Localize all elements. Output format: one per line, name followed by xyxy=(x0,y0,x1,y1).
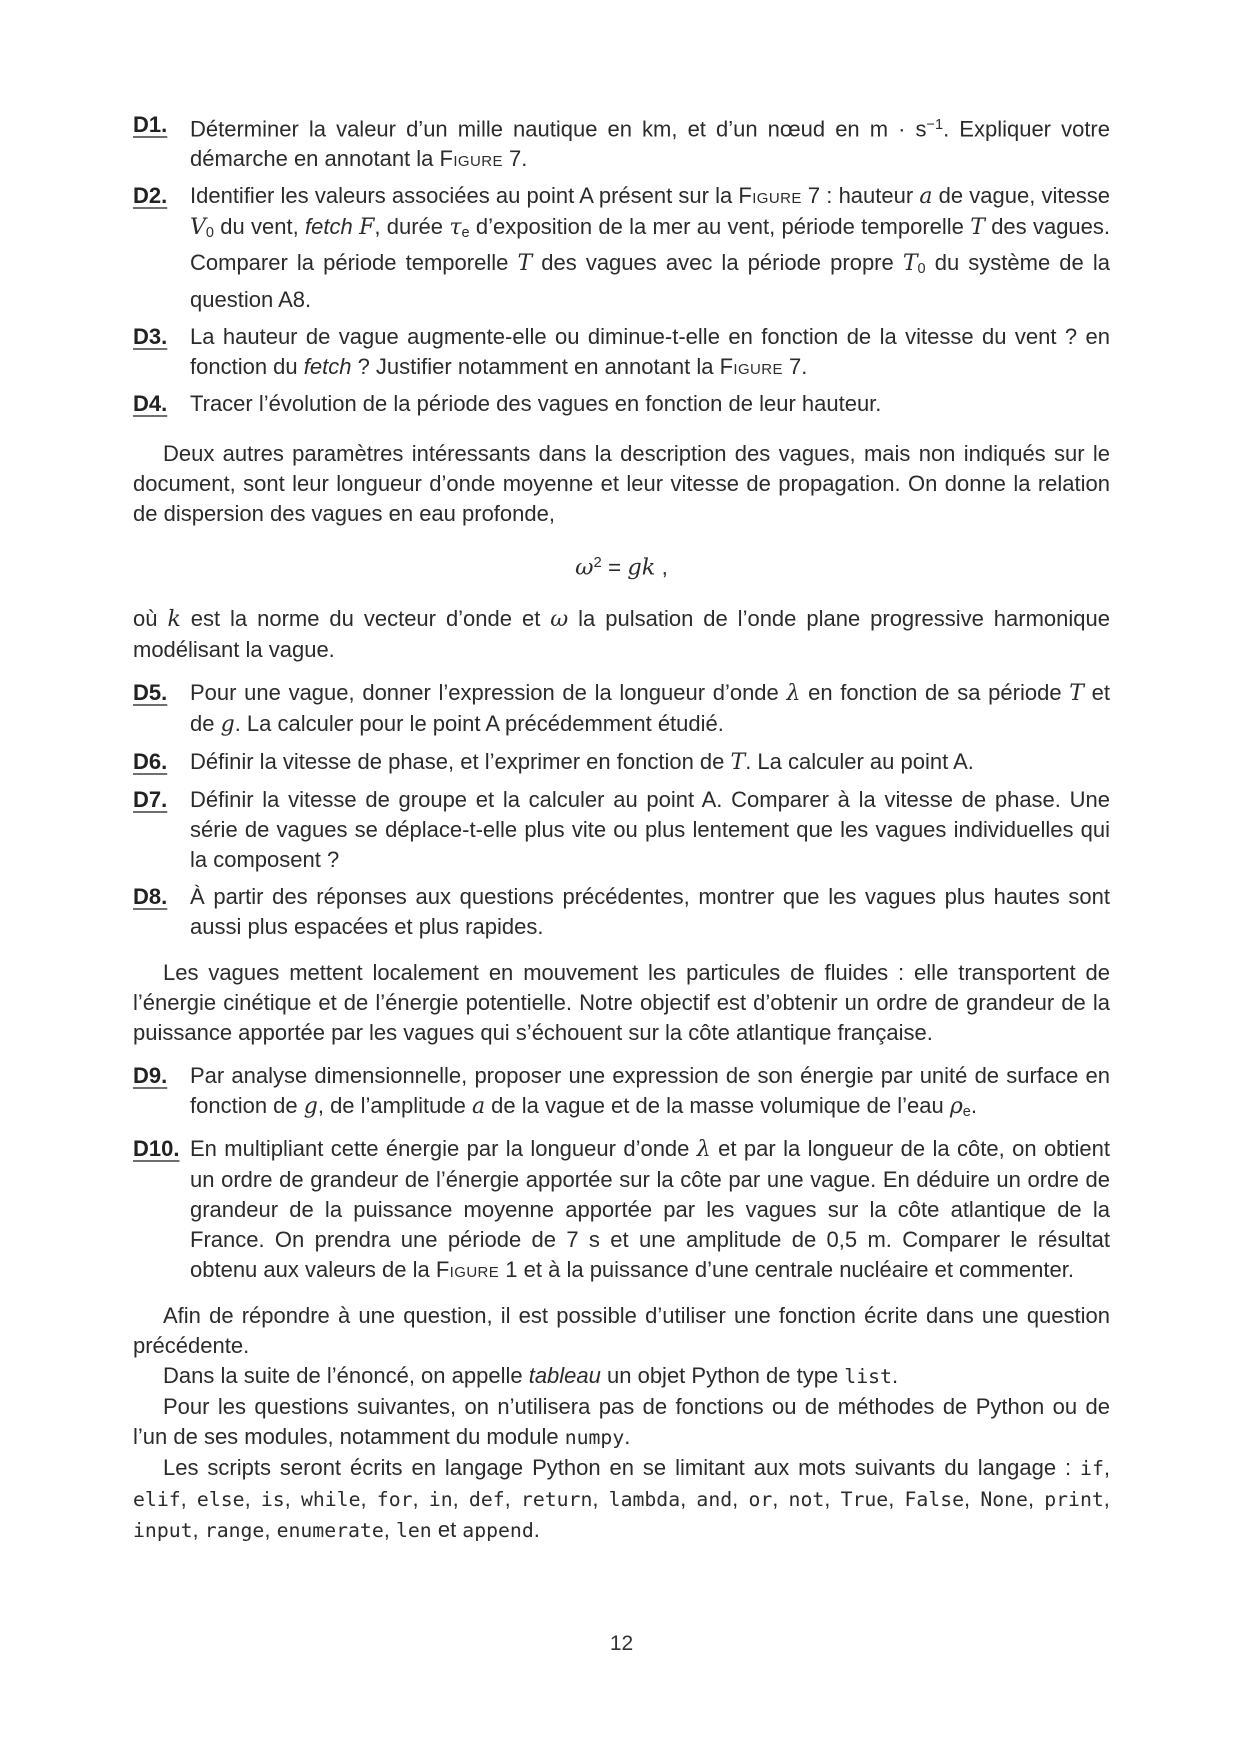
page-number: 12 xyxy=(133,1632,1110,1656)
page-content: D1. Déterminer la valeur d’un mille naut… xyxy=(133,110,1110,1546)
question-d4-label: D4. xyxy=(133,389,190,419)
question-d2: D2. Identifier les valeurs associées au … xyxy=(133,181,1110,314)
document-page: D1. Déterminer la valeur d’un mille naut… xyxy=(0,0,1240,1754)
question-d5-label: D5. xyxy=(133,678,190,740)
question-d2-label: D2. xyxy=(133,181,190,314)
question-d3-label: D3. xyxy=(133,322,190,382)
paragraph-dispersion-intro: Deux autres paramètres intéressants dans… xyxy=(133,439,1110,529)
question-d1-text: Déterminer la valeur d’un mille nautique… xyxy=(190,110,1110,174)
question-d7: D7. Définir la vitesse de groupe et la c… xyxy=(133,785,1110,875)
question-d6-label: D6. xyxy=(133,747,190,778)
question-d7-label: D7. xyxy=(133,785,190,875)
question-d9-text: Par analyse dimensionnelle, proposer une… xyxy=(190,1061,1110,1127)
question-d5-text: Pour une vague, donner l’expression de l… xyxy=(190,678,1110,740)
question-d1: D1. Déterminer la valeur d’un mille naut… xyxy=(133,110,1110,174)
question-d2-text: Identifier les valeurs associées au poin… xyxy=(190,181,1110,314)
question-d8-text: À partir des réponses aux questions préc… xyxy=(190,882,1110,942)
question-d3: D3. La hauteur de vague augmente-elle ou… xyxy=(133,322,1110,382)
question-d5: D5. Pour une vague, donner l’expression … xyxy=(133,678,1110,740)
question-d8-label: D8. xyxy=(133,882,190,942)
question-d10-label: D10. xyxy=(133,1134,190,1285)
question-d9-label: D9. xyxy=(133,1061,190,1127)
question-d4: D4. Tracer l’évolution de la période des… xyxy=(133,389,1110,419)
question-d6-text: Définir la vitesse de phase, et l’exprim… xyxy=(190,747,1110,778)
question-d3-text: La hauteur de vague augmente-elle ou dim… xyxy=(190,322,1110,382)
question-d10-text: En multipliant cette énergie par la long… xyxy=(190,1134,1110,1285)
question-d6: D6. Définir la vitesse de phase, et l’ex… xyxy=(133,747,1110,778)
question-d9: D9. Par analyse dimensionnelle, proposer… xyxy=(133,1061,1110,1127)
dispersion-equation: ω2 = gk , xyxy=(133,548,1110,582)
question-d8: D8. À partir des réponses aux questions … xyxy=(133,882,1110,942)
question-d4-text: Tracer l’évolution de la période des vag… xyxy=(190,389,1110,419)
paragraph-reuse-function-note: Afin de répondre à une question, il est … xyxy=(133,1301,1110,1361)
paragraph-no-modules-note: Pour les questions suivantes, on n’utili… xyxy=(133,1392,1110,1453)
question-d10: D10. En multipliant cette énergie par la… xyxy=(133,1134,1110,1285)
paragraph-tableau-definition: Dans la suite de l’énoncé, on appelle ta… xyxy=(133,1361,1110,1392)
paragraph-dispersion-explanation: où k est la norme du vecteur d’onde et ω… xyxy=(133,604,1110,665)
question-d1-label: D1. xyxy=(133,110,190,174)
paragraph-wave-energy-intro: Les vagues mettent localement en mouveme… xyxy=(133,958,1110,1048)
question-d7-text: Définir la vitesse de groupe et la calcu… xyxy=(190,785,1110,875)
paragraph-python-keywords: Les scripts seront écrits en langage Pyt… xyxy=(133,1453,1110,1546)
